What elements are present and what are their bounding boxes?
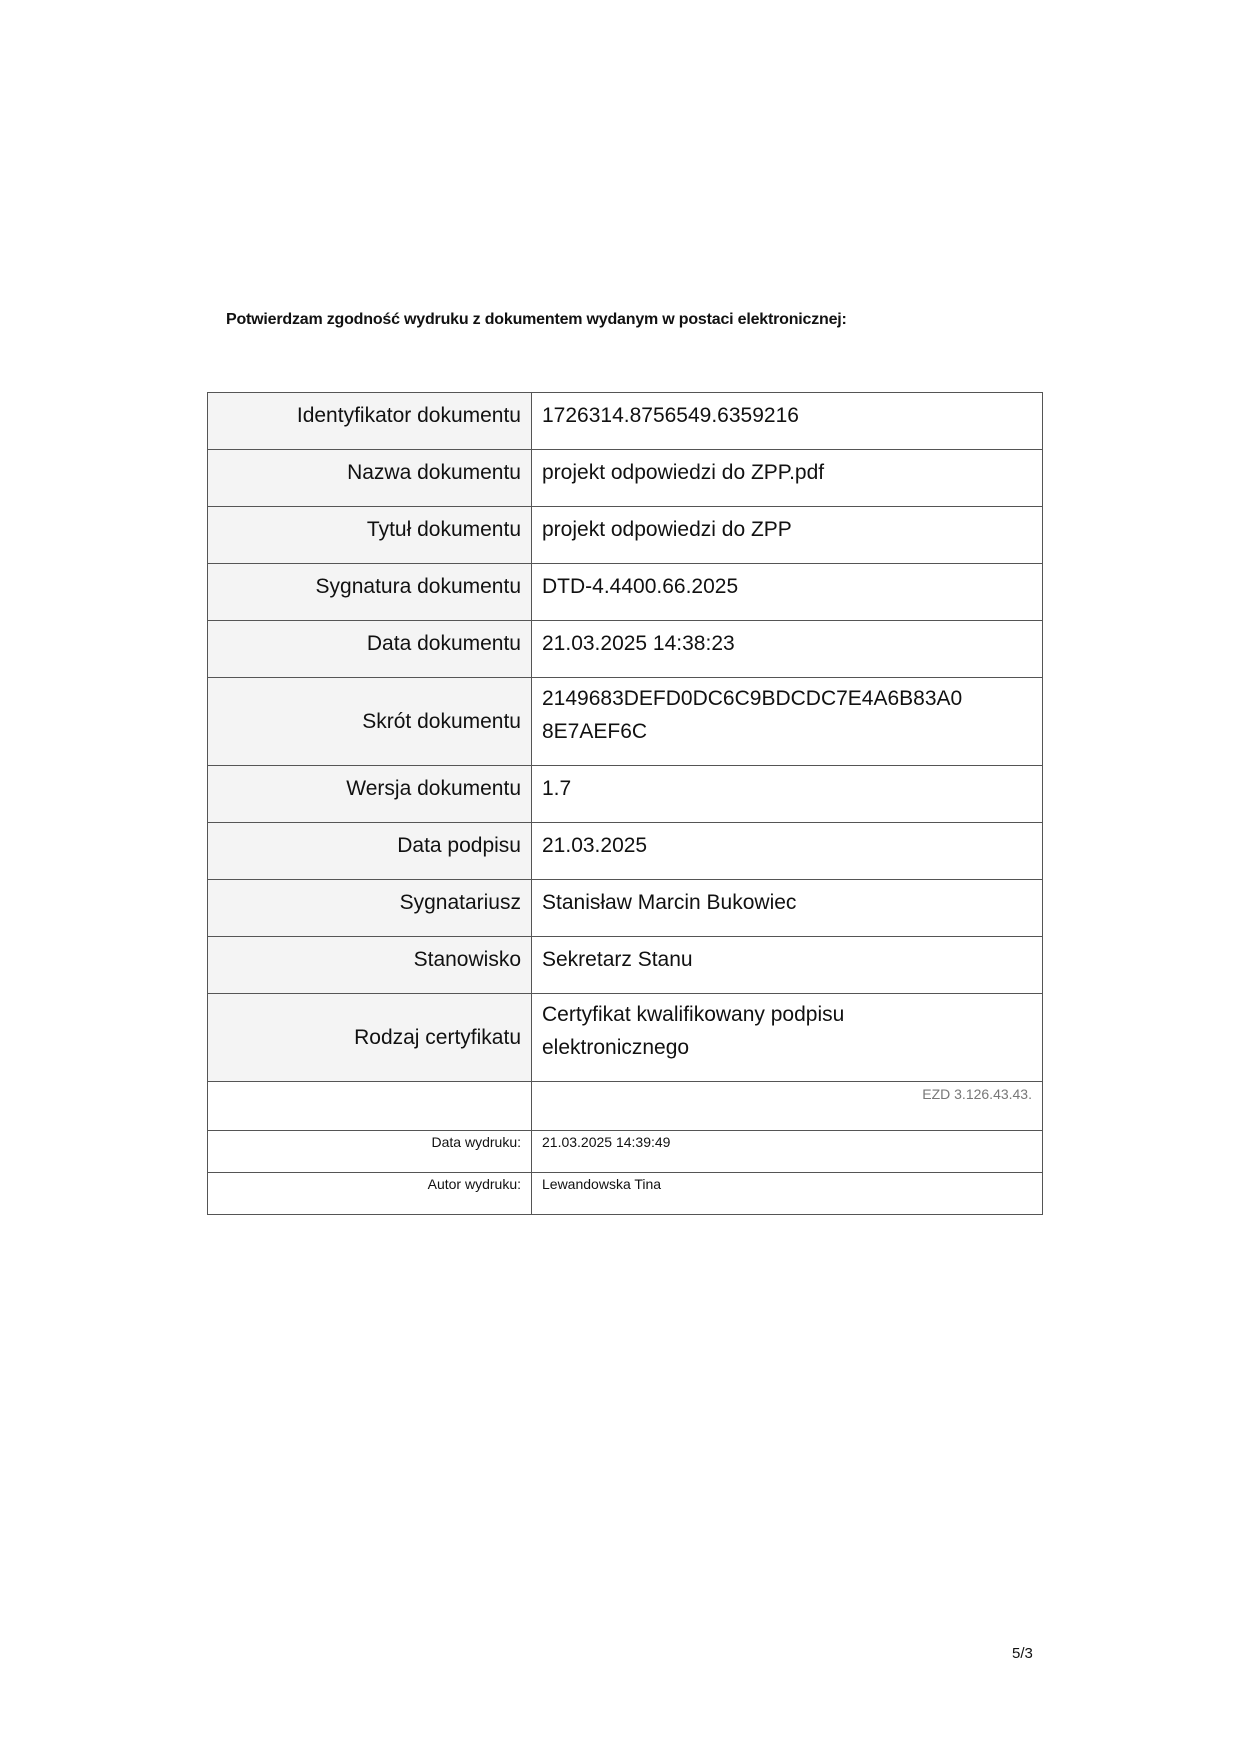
print-date-row: Data wydruku: 21.03.2025 14:39:49 [208,1131,1043,1173]
table-row: Skrót dokumentu 2149683DEFD0DC6C9BDCDC7E… [208,678,1043,766]
row-label: Nazwa dokumentu [208,450,532,507]
row-label: Data dokumentu [208,621,532,678]
row-label: Skrót dokumentu [208,678,532,766]
document-metadata-table: Identyfikator dokumentu 1726314.8756549.… [207,392,1043,1215]
print-author-label: Autor wydruku: [208,1173,532,1215]
table-row: Wersja dokumentu 1.7 [208,766,1043,823]
empty-cell [208,1082,532,1131]
row-value: Sekretarz Stanu [532,937,1043,994]
confirmation-heading: Potwierdzam zgodność wydruku z dokumente… [226,311,847,329]
row-value: projekt odpowiedzi do ZPP.pdf [532,450,1043,507]
table-row: Rodzaj certyfikatu Certyfikat kwalifikow… [208,994,1043,1082]
row-value: 2149683DEFD0DC6C9BDCDC7E4A6B83A08E7AEF6C [532,678,1043,766]
table-row: Nazwa dokumentu projekt odpowiedzi do ZP… [208,450,1043,507]
hash-value: 2149683DEFD0DC6C9BDCDC7E4A6B83A08E7AEF6C [542,682,972,748]
table-row: Sygnatura dokumentu DTD-4.4400.66.2025 [208,564,1043,621]
table-row: Identyfikator dokumentu 1726314.8756549.… [208,393,1043,450]
row-label: Identyfikator dokumentu [208,393,532,450]
row-value: DTD-4.4400.66.2025 [532,564,1043,621]
row-label: Sygnatura dokumentu [208,564,532,621]
row-label: Tytuł dokumentu [208,507,532,564]
table-row: Sygnatariusz Stanisław Marcin Bukowiec [208,880,1043,937]
row-value: projekt odpowiedzi do ZPP [532,507,1043,564]
print-date-value: 21.03.2025 14:39:49 [532,1131,1043,1173]
row-value: 1.7 [532,766,1043,823]
table-row: Tytuł dokumentu projekt odpowiedzi do ZP… [208,507,1043,564]
table-row: Data podpisu 21.03.2025 [208,823,1043,880]
row-label: Rodzaj certyfikatu [208,994,532,1082]
row-value: 21.03.2025 14:38:23 [532,621,1043,678]
row-value: 1726314.8756549.6359216 [532,393,1043,450]
print-date-label: Data wydruku: [208,1131,532,1173]
print-author-value: Lewandowska Tina [532,1173,1043,1215]
row-value: 21.03.2025 [532,823,1043,880]
version-note: EZD 3.126.43.43. [532,1082,1043,1131]
certificate-value: Certyfikat kwalifikowany podpisu elektro… [542,998,902,1064]
row-label: Data podpisu [208,823,532,880]
version-row: EZD 3.126.43.43. [208,1082,1043,1131]
table-row: Data dokumentu 21.03.2025 14:38:23 [208,621,1043,678]
row-label: Sygnatariusz [208,880,532,937]
row-value: Stanisław Marcin Bukowiec [532,880,1043,937]
row-label: Wersja dokumentu [208,766,532,823]
row-label: Stanowisko [208,937,532,994]
page-number: 5/3 [1012,1645,1033,1662]
row-value: Certyfikat kwalifikowany podpisu elektro… [532,994,1043,1082]
table-row: Stanowisko Sekretarz Stanu [208,937,1043,994]
print-author-row: Autor wydruku: Lewandowska Tina [208,1173,1043,1215]
